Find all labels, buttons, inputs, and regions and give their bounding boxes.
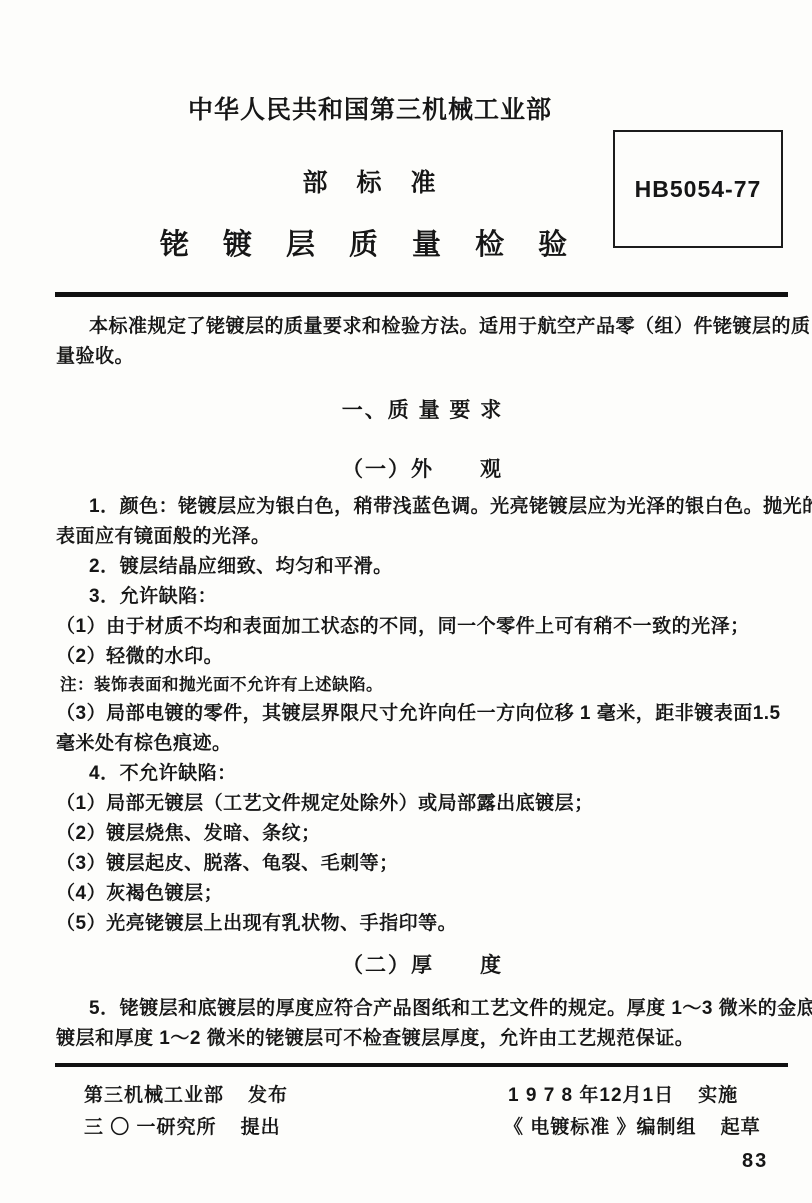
text-line: （1）由于材质不均和表面加工状态的不同，同一个零件上可有稍不一致的光泽； <box>56 612 789 642</box>
footer-proposed: 三 〇 一研究所 提出 <box>84 1112 281 1139</box>
footer-gap <box>224 1080 248 1107</box>
text-line: （5）光亮铑镀层上出现有乳状物、手指印等。 <box>56 909 789 939</box>
text-line: （4）灰褐色镀层； <box>56 879 789 909</box>
text-line: 量验收。 <box>56 342 789 372</box>
footer-implement-label: 实施 <box>698 1080 738 1107</box>
text-line: 4．不允许缺陷： <box>56 759 789 789</box>
footer-implement: 1 9 7 8 年12月1日 实施 <box>508 1080 738 1107</box>
section-heading: （一）外 观 <box>56 457 789 483</box>
text-line: 毫米处有棕色痕迹。 <box>56 729 789 759</box>
standard-code-box: HB5054-77 <box>613 130 783 248</box>
section-heading: 一、质 量 要 求 <box>56 398 789 424</box>
section-heading: （二）厚 度 <box>56 953 789 979</box>
text-line: （2）轻微的水印。 <box>56 642 789 672</box>
text-line: 注：装饰表面和抛光面不允许有上述缺陷。 <box>56 672 789 699</box>
footer-issued-by: 第三机械工业部 <box>84 1080 224 1107</box>
footer-drafted-by: 《 电镀标准 》编制组 <box>504 1112 697 1139</box>
footer-drafted-label: 起草 <box>721 1112 761 1139</box>
footer-gap <box>674 1080 698 1107</box>
footer-implement-date: 1 9 7 8 年12月1日 <box>508 1080 674 1107</box>
content-lines: 本标准规定了铑镀层的质量要求和检验方法。适用于航空产品零（组）件铑镀层的质量验收… <box>56 312 789 1054</box>
text-line: （3）局部电镀的零件，其镀层界限尺寸允许向任一方向位移 1 毫米，距非镀表面1.… <box>56 699 789 729</box>
footer-proposed-label: 提出 <box>241 1112 281 1139</box>
footer-issued: 第三机械工业部 发布 <box>84 1080 288 1107</box>
footer-proposed-by: 三 〇 一研究所 <box>84 1112 217 1139</box>
bottom-divider <box>55 1063 788 1067</box>
text-line: 表面应有镜面般的光泽。 <box>56 522 789 552</box>
standard-code: HB5054-77 <box>635 176 762 203</box>
ministry-name: 中华人民共和国第三机械工业部 <box>0 90 812 126</box>
text-line: （2）镀层烧焦、发暗、条纹； <box>56 819 789 849</box>
text-line: 3．允许缺陷： <box>56 582 789 612</box>
footer-drafted: 《 电镀标准 》编制组 起草 <box>504 1112 761 1139</box>
footer-gap <box>697 1112 721 1139</box>
text-line: 2．镀层结晶应细致、均匀和平滑。 <box>56 552 789 582</box>
text-line: （1）局部无镀层（工艺文件规定处除外）或局部露出底镀层； <box>56 789 789 819</box>
text-line: （3）镀层起皮、脱落、龟裂、毛刺等； <box>56 849 789 879</box>
top-divider <box>55 292 788 297</box>
text-line: 镀层和厚度 1～2 微米的铑镀层可不检查镀层厚度，允许由工艺规范保证。 <box>56 1024 789 1054</box>
footer-issued-label: 发布 <box>248 1080 288 1107</box>
text-line: 本标准规定了铑镀层的质量要求和检验方法。适用于航空产品零（组）件铑镀层的质 <box>56 312 789 342</box>
page-number: 83 <box>742 1150 768 1173</box>
text-line: 5．铑镀层和底镀层的厚度应符合产品图纸和工艺文件的规定。厚度 1～3 微米的金底 <box>56 994 789 1024</box>
footer-gap <box>217 1112 241 1139</box>
text-line: 1．颜色：铑镀层应为银白色，稍带浅蓝色调。光亮铑镀层应为光泽的银白色。抛光的 <box>56 492 789 522</box>
document-page: 中华人民共和国第三机械工业部 部 标 准 铑 镀 层 质 量 检 验 HB505… <box>0 0 812 1203</box>
